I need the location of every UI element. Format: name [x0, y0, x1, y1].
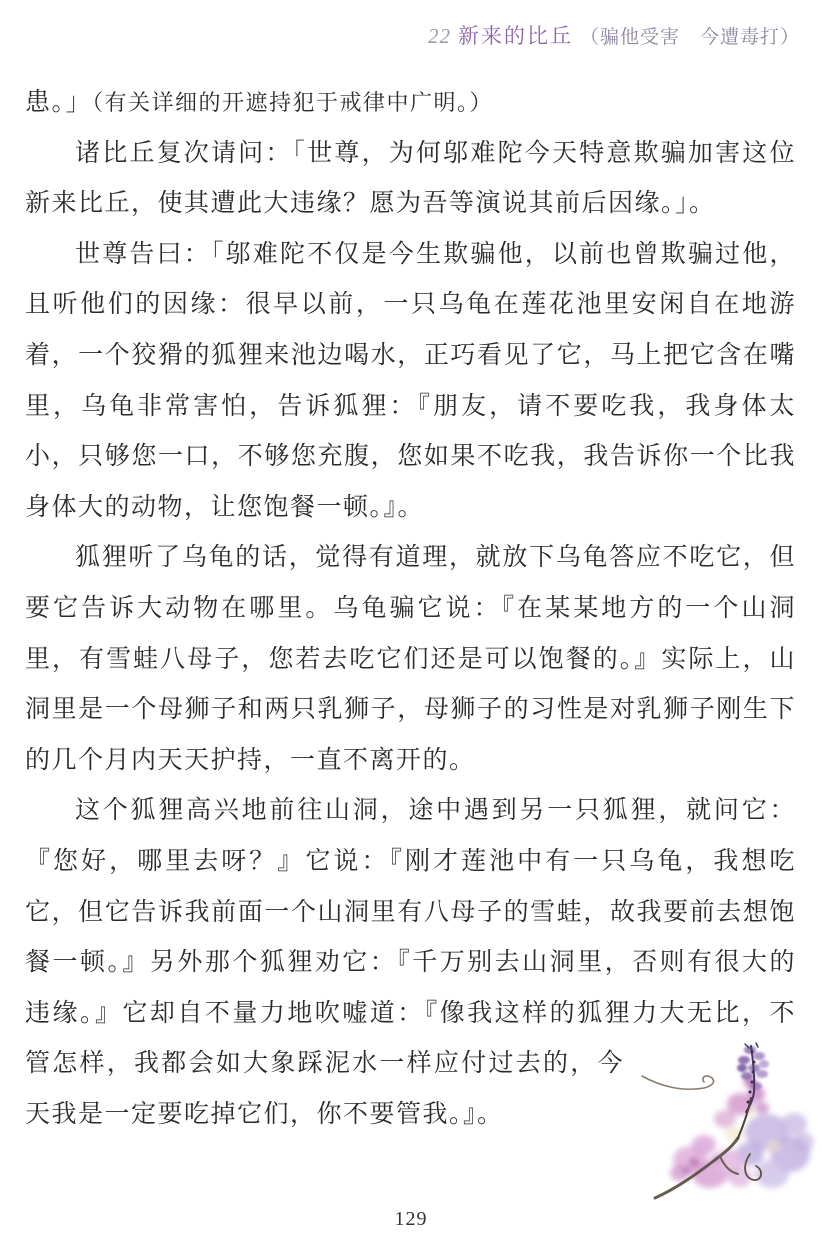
text-line: 管怎样，我都会如大象踩泥水一样应付过去的，今 [25, 1039, 624, 1090]
text-line: 新来比丘，使其遭此大违缘？愿为吾等演说其前后因缘。」。 [25, 179, 796, 230]
chapter-subtitle: （骗他受害 今遭毒打） [580, 22, 800, 49]
text-line: 小，只够您一口，不够您充腹，您如果不吃我，我告诉你一个比我 [25, 432, 796, 483]
chapter-number: 22 [428, 24, 451, 49]
text-line: 这个狐狸高兴地前往山洞，途中遇到另一只狐狸，就问它： [25, 786, 796, 837]
chapter-title: 新来的比丘 [458, 20, 573, 50]
text-line: 要它告诉大动物在哪里。乌龟骗它说：『在某某地方的一个山洞 [25, 584, 796, 635]
page-number: 129 [0, 1208, 822, 1231]
text-line: 诸比丘复次请问：「世尊，为何邬难陀今天特意欺骗加害这位 [25, 129, 796, 180]
text-line: 餐一顿。』另外那个狐狸劝它：『千万别去山洞里，否则有很大的 [25, 938, 796, 989]
text-line-note: （有关详细的开遮持犯于戒律中广明。） [92, 90, 493, 115]
text-line: 的几个月内天天护持，一直不离开的。 [25, 736, 796, 787]
text-line: 违缘。』它却自不量力地吹嘘道：『像我这样的狐狸力大无比，不 [25, 989, 796, 1040]
text-line: 着，一个狡猾的狐狸来池边喝水，正巧看见了它，马上把它含在嘴 [25, 331, 796, 382]
text-line: 患。」（有关详细的开遮持犯于戒律中广明。） [25, 78, 796, 129]
body-text: 患。」（有关详细的开遮持犯于戒律中广明。） 诸比丘复次请问：「世尊，为何邬难陀今… [25, 78, 796, 1140]
chapter-header: 22 新来的比丘 （骗他受害 今遭毒打） [428, 20, 800, 50]
text-line: 洞里是一个母狮子和两只乳狮子，母狮子的习性是对乳狮子刚生下 [25, 685, 796, 736]
flower-illustration [632, 1042, 817, 1207]
text-line: 狐狸听了乌龟的话，觉得有道理，就放下乌龟答应不吃它，但 [25, 533, 796, 584]
text-line: 世尊告曰：「邬难陀不仅是今生欺骗他，以前也曾欺骗过他， [25, 230, 796, 281]
book-page: 22 新来的比丘 （骗他受害 今遭毒打） 患。」（有关详细的开遮持犯于戒律中广明… [0, 0, 822, 1245]
text-line: 身体大的动物，让您饱餐一顿。』。 [25, 483, 796, 534]
text-line: 里，乌龟非常害怕，告诉狐狸：『朋友，请不要吃我，我身体太 [25, 382, 796, 433]
text-line-lead: 患。」 [25, 89, 92, 116]
text-line: 『您好，哪里去呀？』它说：『刚才莲池中有一只乌龟，我想吃 [25, 837, 796, 888]
text-line: 里，有雪蛙八母子，您若去吃它们还是可以饱餐的。』实际上，山 [25, 635, 796, 686]
text-line: 且听他们的因缘：很早以前，一只乌龟在莲花池里安闲自在地游 [25, 280, 796, 331]
text-line: 它，但它告诉我前面一个山洞里有八母子的雪蛙，故我要前去想饱 [25, 888, 796, 939]
